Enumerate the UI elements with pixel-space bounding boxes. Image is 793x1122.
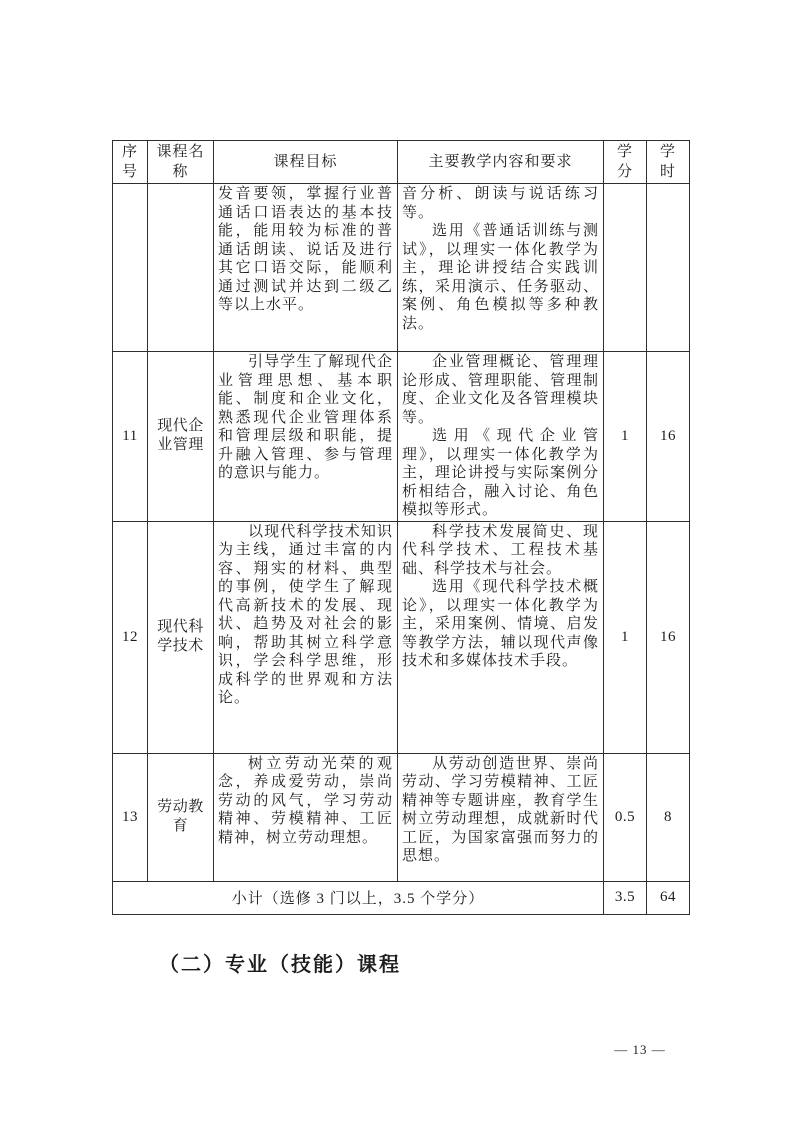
course-content: 从劳动创造世界、崇尚劳动、学习劳模精神、工匠精神等专题讲座，教育学生树立劳动理想… bbox=[398, 753, 604, 881]
subtotal-label: 小计（选修 3 门以上，3.5 个学分） bbox=[113, 881, 604, 914]
header-row: 序号 课程名称 课程目标 主要教学内容和要求 学分 学时 bbox=[113, 141, 690, 184]
header-hours-label: 学时 bbox=[660, 142, 677, 182]
objective-paragraph: 发音要领，掌握行业普通话口语表达的基本技能，能用较为标准的普通话朗读、说话及进行… bbox=[218, 185, 393, 315]
table-row-continuation: 发音要领，掌握行业普通话口语表达的基本技能，能用较为标准的普通话朗读、说话及进行… bbox=[113, 184, 690, 352]
content-paragraph: 科学技术发展简史、现代科学技术、工程技术基础、科学技术与社会。 bbox=[402, 523, 599, 579]
course-hours: 16 bbox=[647, 521, 690, 753]
content-paragraph: 音分析、朗读与说话练习等。 bbox=[402, 185, 599, 222]
subtotal-hours: 64 bbox=[647, 881, 690, 914]
content-paragraph: 选用《现代企业管理》，以理实一体化教学为主，理论讲授与实际案例分析相结合，融入讨… bbox=[402, 427, 599, 520]
page-number: — 13 — bbox=[585, 1042, 695, 1058]
header-course-name: 课程名称 bbox=[148, 141, 214, 184]
course-hours: 8 bbox=[647, 753, 690, 881]
course-content: 音分析、朗读与说话练习等。 选用《普通话训练与测试》，以理实一体化教学为主，理论… bbox=[398, 184, 604, 352]
objective-paragraph: 引导学生了解现代企业管理思想、基本职能、制度和企业文化，熟悉现代企业管理体系和管… bbox=[218, 353, 393, 483]
course-no bbox=[113, 184, 148, 352]
table-row-12: 12 现代科学技术 以现代科学技术知识为主线，通过丰富的内容、翔实的材料、典型的… bbox=[113, 521, 690, 753]
header-credits-label: 学分 bbox=[617, 142, 634, 182]
content-paragraph: 企业管理概论、管理理论形成、管理职能、管理制度、企业文化及各管理模块等。 bbox=[402, 353, 599, 427]
course-content: 企业管理概论、管理理论形成、管理职能、管理制度、企业文化及各管理模块等。 选用《… bbox=[398, 352, 604, 522]
document-page: 序号 课程名称 课程目标 主要教学内容和要求 学分 学时 发音要领，掌握行业普通… bbox=[0, 0, 793, 1122]
course-no: 12 bbox=[113, 521, 148, 753]
curriculum-table: 序号 课程名称 课程目标 主要教学内容和要求 学分 学时 发音要领，掌握行业普通… bbox=[112, 140, 690, 915]
course-objectives: 树立劳动光荣的观念，养成爱劳动，崇尚劳动的风气，学习劳动精神、劳模精神、工匠精神… bbox=[214, 753, 398, 881]
table-body: 发音要领，掌握行业普通话口语表达的基本技能，能用较为标准的普通话朗读、说话及进行… bbox=[113, 184, 690, 915]
header-objectives: 课程目标 bbox=[214, 141, 398, 184]
course-objectives: 以现代科学技术知识为主线，通过丰富的内容、翔实的材料、典型的事例，使学生了解现代… bbox=[214, 521, 398, 753]
course-credits: 0.5 bbox=[604, 753, 647, 881]
course-no: 13 bbox=[113, 753, 148, 881]
section-heading: （二）专业（技能）课程 bbox=[159, 948, 401, 977]
course-credits bbox=[604, 184, 647, 352]
course-name: 劳动教育 bbox=[148, 753, 214, 881]
table-row-11: 11 现代企业管理 引导学生了解现代企业管理思想、基本职能、制度和企业文化，熟悉… bbox=[113, 352, 690, 522]
header-no: 序号 bbox=[113, 141, 148, 184]
subtotal-credits: 3.5 bbox=[604, 881, 647, 914]
course-hours bbox=[647, 184, 690, 352]
course-hours: 16 bbox=[647, 352, 690, 522]
subtotal-row: 小计（选修 3 门以上，3.5 个学分） 3.5 64 bbox=[113, 881, 690, 914]
course-name: 现代企业管理 bbox=[148, 352, 214, 522]
objective-paragraph: 树立劳动光荣的观念，养成爱劳动，崇尚劳动的风气，学习劳动精神、劳模精神、工匠精神… bbox=[218, 755, 393, 848]
header-content: 主要教学内容和要求 bbox=[398, 141, 604, 184]
table-header: 序号 课程名称 课程目标 主要教学内容和要求 学分 学时 bbox=[113, 141, 690, 184]
course-objectives: 引导学生了解现代企业管理思想、基本职能、制度和企业文化，熟悉现代企业管理体系和管… bbox=[214, 352, 398, 522]
course-credits: 1 bbox=[604, 352, 647, 522]
header-hours: 学时 bbox=[647, 141, 690, 184]
content-paragraph: 选用《现代科学技术概论》，以理实一体化教学为主，采用案例、情境、启发等教学方法，… bbox=[402, 578, 599, 671]
objective-paragraph: 以现代科学技术知识为主线，通过丰富的内容、翔实的材料、典型的事例，使学生了解现代… bbox=[218, 523, 393, 708]
header-no-label: 序号 bbox=[122, 142, 139, 182]
content-paragraph: 从劳动创造世界、崇尚劳动、学习劳模精神、工匠精神等专题讲座，教育学生树立劳动理想… bbox=[402, 755, 599, 866]
course-no: 11 bbox=[113, 352, 148, 522]
course-credits: 1 bbox=[604, 521, 647, 753]
course-objectives: 发音要领，掌握行业普通话口语表达的基本技能，能用较为标准的普通话朗读、说话及进行… bbox=[214, 184, 398, 352]
course-name: 现代科学技术 bbox=[148, 521, 214, 753]
table-row-13: 13 劳动教育 树立劳动光荣的观念，养成爱劳动，崇尚劳动的风气，学习劳动精神、劳… bbox=[113, 753, 690, 881]
course-name bbox=[148, 184, 214, 352]
course-content: 科学技术发展简史、现代科学技术、工程技术基础、科学技术与社会。 选用《现代科学技… bbox=[398, 521, 604, 753]
header-credits: 学分 bbox=[604, 141, 647, 184]
content-paragraph: 选用《普通话训练与测试》，以理实一体化教学为主，理论讲授结合实践训练，采用演示、… bbox=[402, 222, 599, 333]
